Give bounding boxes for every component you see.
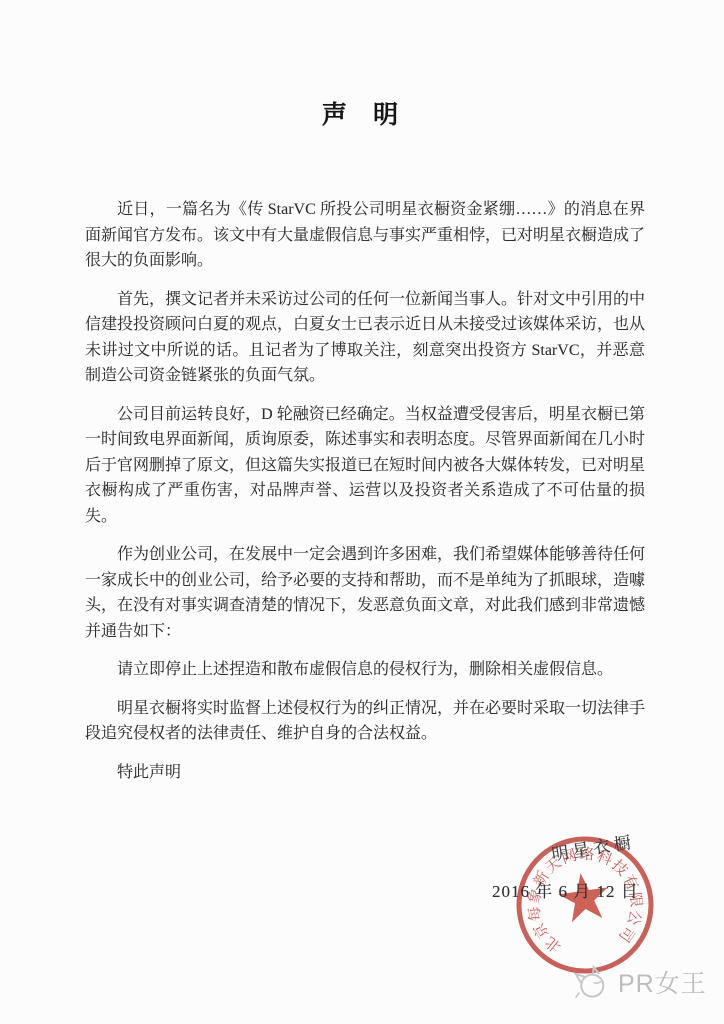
page-title: 声 明	[85, 95, 645, 131]
statement-paragraph: 近日，一篇名为《传 StarVC 所投公司明星衣橱资金紧绷……》的消息在界面新闻…	[85, 197, 645, 274]
statement-paragraph: 明星衣橱将实时监督上述侵权行为的纠正情况，并在必要时采取一切法律手段追究侵权者的…	[85, 696, 645, 747]
pr-queen-watermark: PR女王	[571, 961, 707, 1003]
statement-paragraph: 首先，撰文记者并未采访过公司的任何一位新闻当事人。针对文中引用的中信建投投资顾问…	[85, 287, 645, 389]
statement-paragraph: 作为创业公司，在发展中一定会遇到许多困难，我们希望媒体能够善待任何一家成长中的创…	[85, 542, 645, 644]
statement-closing: 特此声明	[85, 760, 645, 786]
svg-text:每: 每	[526, 905, 545, 923]
svg-text:司: 司	[615, 923, 638, 945]
statement-paragraph: 请立即停止上述捏造和散布虚假信息的侵权行为，删除相关虚假信息。	[85, 657, 645, 683]
cat-queen-logo-icon	[571, 961, 611, 1003]
signature-date: 2016 年 6 月 12 日	[492, 877, 639, 902]
statement-body: 近日，一篇名为《传 StarVC 所投公司明星衣橱资金紧绷……》的消息在界面新闻…	[85, 197, 645, 785]
watermark-label: PR女王	[618, 964, 707, 1000]
statement-paragraph: 公司目前运转良好，D 轮融资已经确定。当权益遭受侵害后，明星衣橱已第一时间致电界…	[85, 402, 645, 530]
